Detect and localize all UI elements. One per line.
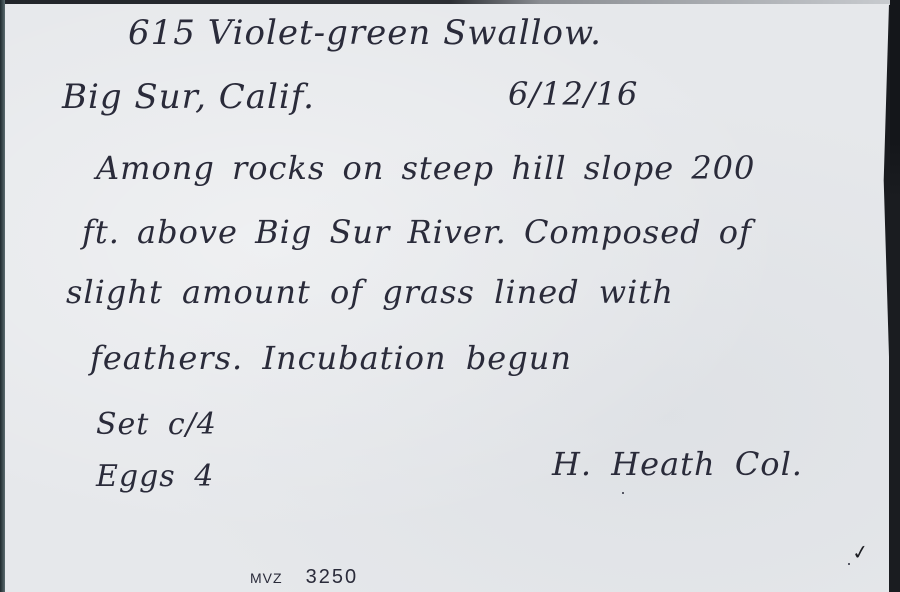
scan-left-edge xyxy=(0,0,5,592)
note-line-4: feathers. Incubation begun xyxy=(90,342,572,374)
ink-speck xyxy=(622,492,624,494)
scan-right-edge xyxy=(890,0,900,200)
set-count: Set c/4 xyxy=(96,410,217,440)
note-line-1: Among rocks on steep hill slope 200 xyxy=(96,152,755,184)
species-heading: 615 Violet-green Swallow. xyxy=(128,16,602,50)
note-line-3: slight amount of grass lined with xyxy=(66,276,674,308)
catalog-prefix: MVZ xyxy=(250,570,283,586)
catalog-value: 3250 xyxy=(306,566,359,588)
egg-count: Eggs 4 xyxy=(96,462,214,492)
ink-speck xyxy=(848,563,850,565)
collection-date: 6/12/16 xyxy=(508,78,638,110)
catalog-number: MVZ 3250 xyxy=(250,566,358,589)
note-line-2: ft. above Big Sur River. Composed of xyxy=(82,216,752,248)
checkmark-icon: ✓ xyxy=(850,539,870,565)
locality: Big Sur, Calif. xyxy=(62,80,315,114)
collector-signature: H. Heath Col. xyxy=(552,448,803,480)
